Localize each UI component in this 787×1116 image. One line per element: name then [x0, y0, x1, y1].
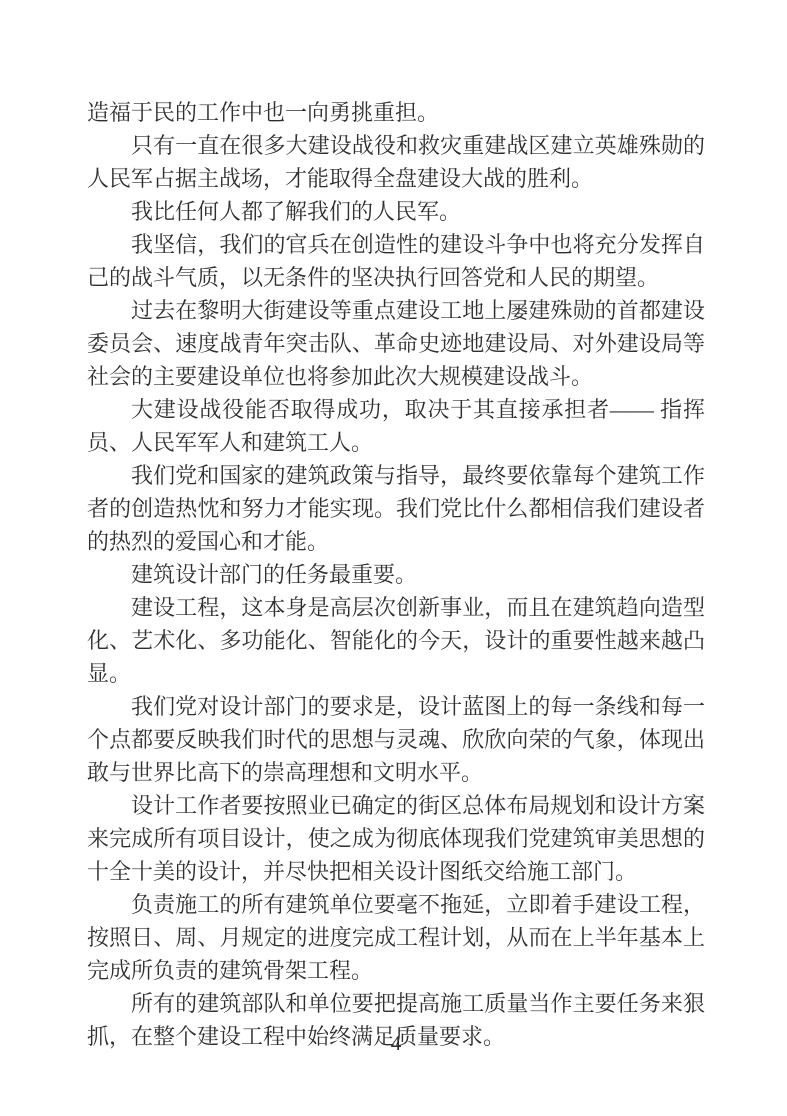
paragraph: 负责施工的所有建筑单位要毫不拖延，立即着手建设工程，按照日、周、月规定的进度完成…: [87, 888, 705, 987]
paragraph: 过去在黎明大街建设等重点建设工地上屡建殊勋的首都建设委员会、速度战青年突击队、革…: [87, 294, 705, 393]
paragraph: 设计工作者要按照业已确定的街区总体布局规划和设计方案来完成所有项目设计，使之成为…: [87, 789, 705, 888]
page-number: 4: [87, 1031, 705, 1056]
paragraph: 造福于民的工作中也一向勇挑重担。: [87, 96, 705, 129]
paragraph: 我们党和国家的建筑政策与指导，最终要依靠每个建筑工作者的创造热忱和努力才能实现。…: [87, 459, 705, 558]
paragraph: 建设工程，这本身是高层次创新事业，而且在建筑趋向造型化、艺术化、多功能化、智能化…: [87, 591, 705, 690]
text-body: 造福于民的工作中也一向勇挑重担。只有一直在很多大建设战役和救灾重建战区建立英雄殊…: [87, 96, 705, 1053]
paragraph: 我坚信，我们的官兵在创造性的建设斗争中也将充分发挥自己的战斗气质，以无条件的坚决…: [87, 228, 705, 294]
paragraph: 只有一直在很多大建设战役和救灾重建战区建立英雄殊勋的人民军占据主战场，才能取得全…: [87, 129, 705, 195]
paragraph: 我比任何人都了解我们的人民军。: [87, 195, 705, 228]
page: 造福于民的工作中也一向勇挑重担。只有一直在很多大建设战役和救灾重建战区建立英雄殊…: [0, 0, 787, 1116]
paragraph: 建筑设计部门的任务最重要。: [87, 558, 705, 591]
paragraph: 大建设战役能否取得成功，取决于其直接承担者—— 指挥员、人民军军人和建筑工人。: [87, 393, 705, 459]
paragraph: 我们党对设计部门的要求是，设计蓝图上的每一条线和每一个点都要反映我们时代的思想与…: [87, 690, 705, 789]
